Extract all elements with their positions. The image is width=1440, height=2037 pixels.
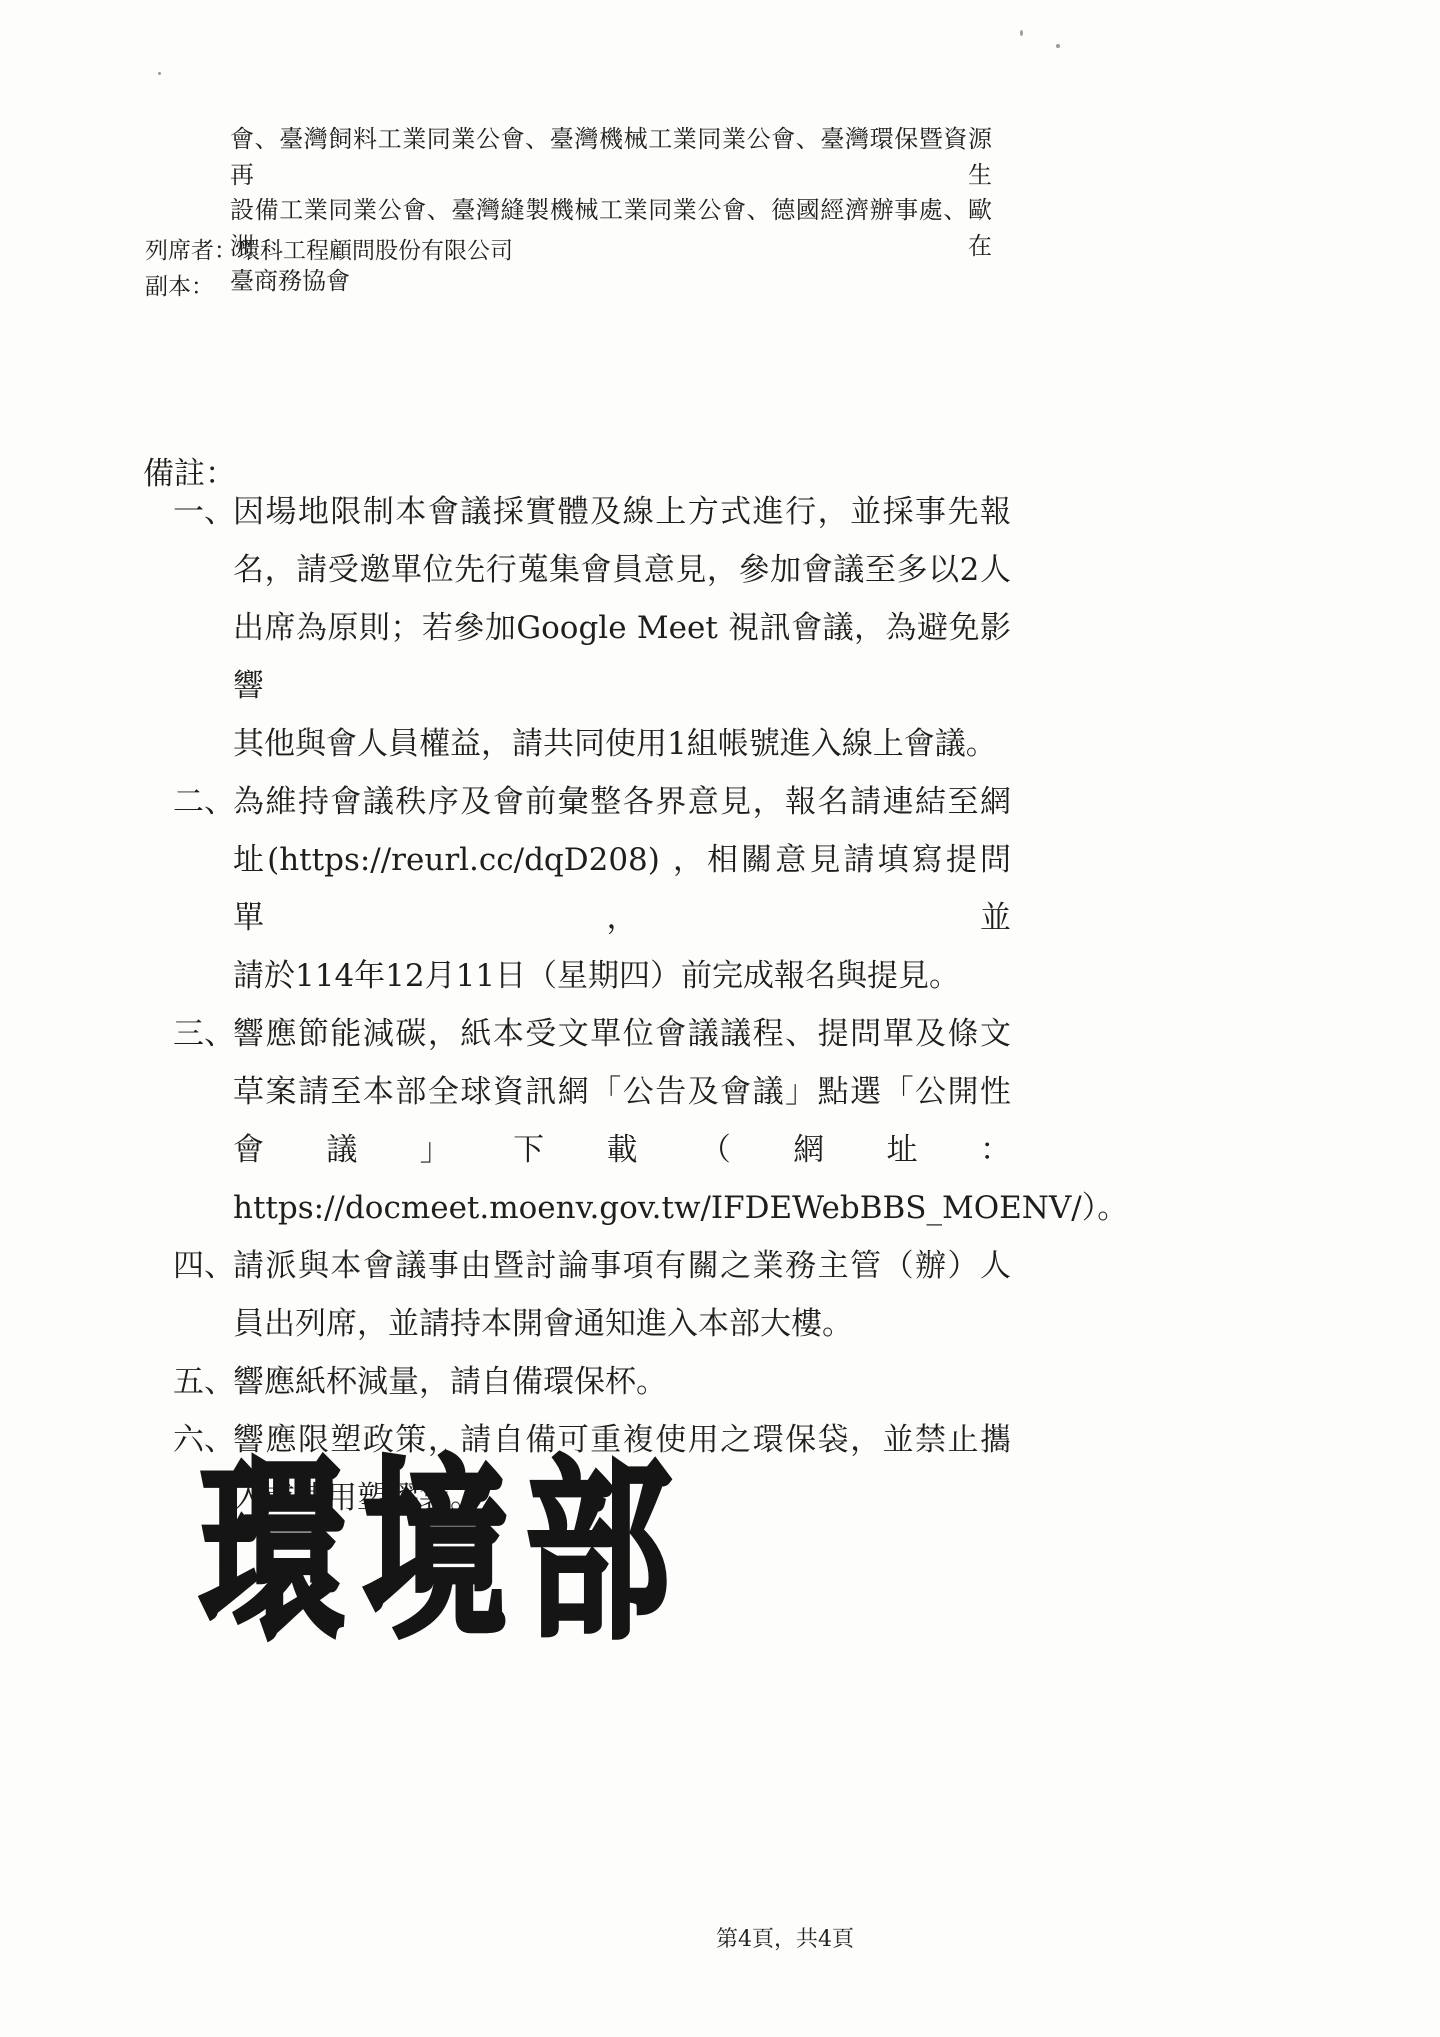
note-item: 三、響應節能減碳，紙本受文單位會議議程、提問單及條文草案請至本部全球資訊網「公告… (173, 1005, 1011, 1237)
note-line: 因場地限制本會議採實體及線上方式進行，並採事先報 (233, 483, 1011, 541)
continuation-paragraph: 會、臺灣飼料工業同業公會、臺灣機械工業同業公會、臺灣環保暨資源再生設備工業同業公… (230, 122, 992, 300)
note-line: 為維持會議秩序及會前彙整各界意見，報名請連結至網 (233, 773, 1011, 831)
paragraph-line: 會、臺灣飼料工業同業公會、臺灣機械工業同業公會、臺灣環保暨資源再生 (230, 122, 992, 193)
paragraph-line: 臺商務協會 (230, 264, 992, 300)
notes-list: 一、因場地限制本會議採實體及線上方式進行，並採事先報名，請受邀單位先行蒐集會員意… (173, 483, 1011, 1527)
note-line: 請於114年12月11日（星期四）前完成報名與提見。 (233, 947, 1011, 1005)
scan-speck (1056, 44, 1060, 48)
note-line: 響應節能減碳，紙本受文單位會議議程、提問單及條文 (233, 1005, 1011, 1063)
scanned-document-page: 會、臺灣飼料工業同業公會、臺灣機械工業同業公會、臺灣環保暨資源再生設備工業同業公… (0, 0, 1440, 2037)
note-number: 一、 (173, 483, 233, 773)
note-line: 名，請受邀單位先行蒐集會員意見，參加會議至多以2人 (233, 541, 1011, 599)
note-line: https://docmeet.moenv.gov.tw/IFDEWebBBS_… (233, 1179, 1011, 1237)
note-line: 其他與會人員權益，請共同使用1組帳號進入線上會議。 (233, 715, 1011, 773)
note-number: 四、 (173, 1237, 233, 1353)
note-line: 請派與本會議事由暨討論事項有關之業務主管（辦）人 (233, 1237, 1011, 1295)
note-lines: 請派與本會議事由暨討論事項有關之業務主管（辦）人員出列席，並請持本開會通知進入本… (233, 1237, 1011, 1353)
scan-speck (1020, 30, 1023, 36)
cc-line: 副本： (145, 268, 214, 301)
page-footer: 第4頁，共4頁 (130, 1922, 1440, 1953)
ministry-stamp: 環境部 (200, 1398, 689, 1675)
note-item: 四、請派與本會議事由暨討論事項有關之業務主管（辦）人員出列席，並請持本開會通知進… (173, 1237, 1011, 1353)
note-number: 三、 (173, 1005, 233, 1237)
scan-speck (158, 72, 161, 75)
note-line: 址(https://reurl.cc/dqD208) ，相關意見請填寫提問單，並 (233, 831, 1011, 947)
note-line: 草案請至本部全球資訊網「公告及會議」點選「公開性 (233, 1063, 1011, 1121)
note-lines: 響應節能減碳，紙本受文單位會議議程、提問單及條文草案請至本部全球資訊網「公告及會… (233, 1005, 1011, 1237)
note-line: 出席為原則；若參加Google Meet 視訊會議，為避免影響 (233, 599, 1011, 715)
note-item: 二、為維持會議秩序及會前彙整各界意見，報名請連結至網址(https://reur… (173, 773, 1011, 1005)
note-item: 一、因場地限制本會議採實體及線上方式進行，並採事先報名，請受邀單位先行蒐集會員意… (173, 483, 1011, 773)
note-lines: 因場地限制本會議採實體及線上方式進行，並採事先報名，請受邀單位先行蒐集會員意見，… (233, 483, 1011, 773)
note-lines: 為維持會議秩序及會前彙整各界意見，報名請連結至網址(https://reurl.… (233, 773, 1011, 1005)
note-line: 員出列席，並請持本開會通知進入本部大樓。 (233, 1295, 1011, 1353)
note-number: 二、 (173, 773, 233, 1005)
note-line: 會議」下載（網址： (233, 1121, 1011, 1179)
attendee-line: 列席者：環科工程顧問股份有限公司 (145, 232, 513, 265)
